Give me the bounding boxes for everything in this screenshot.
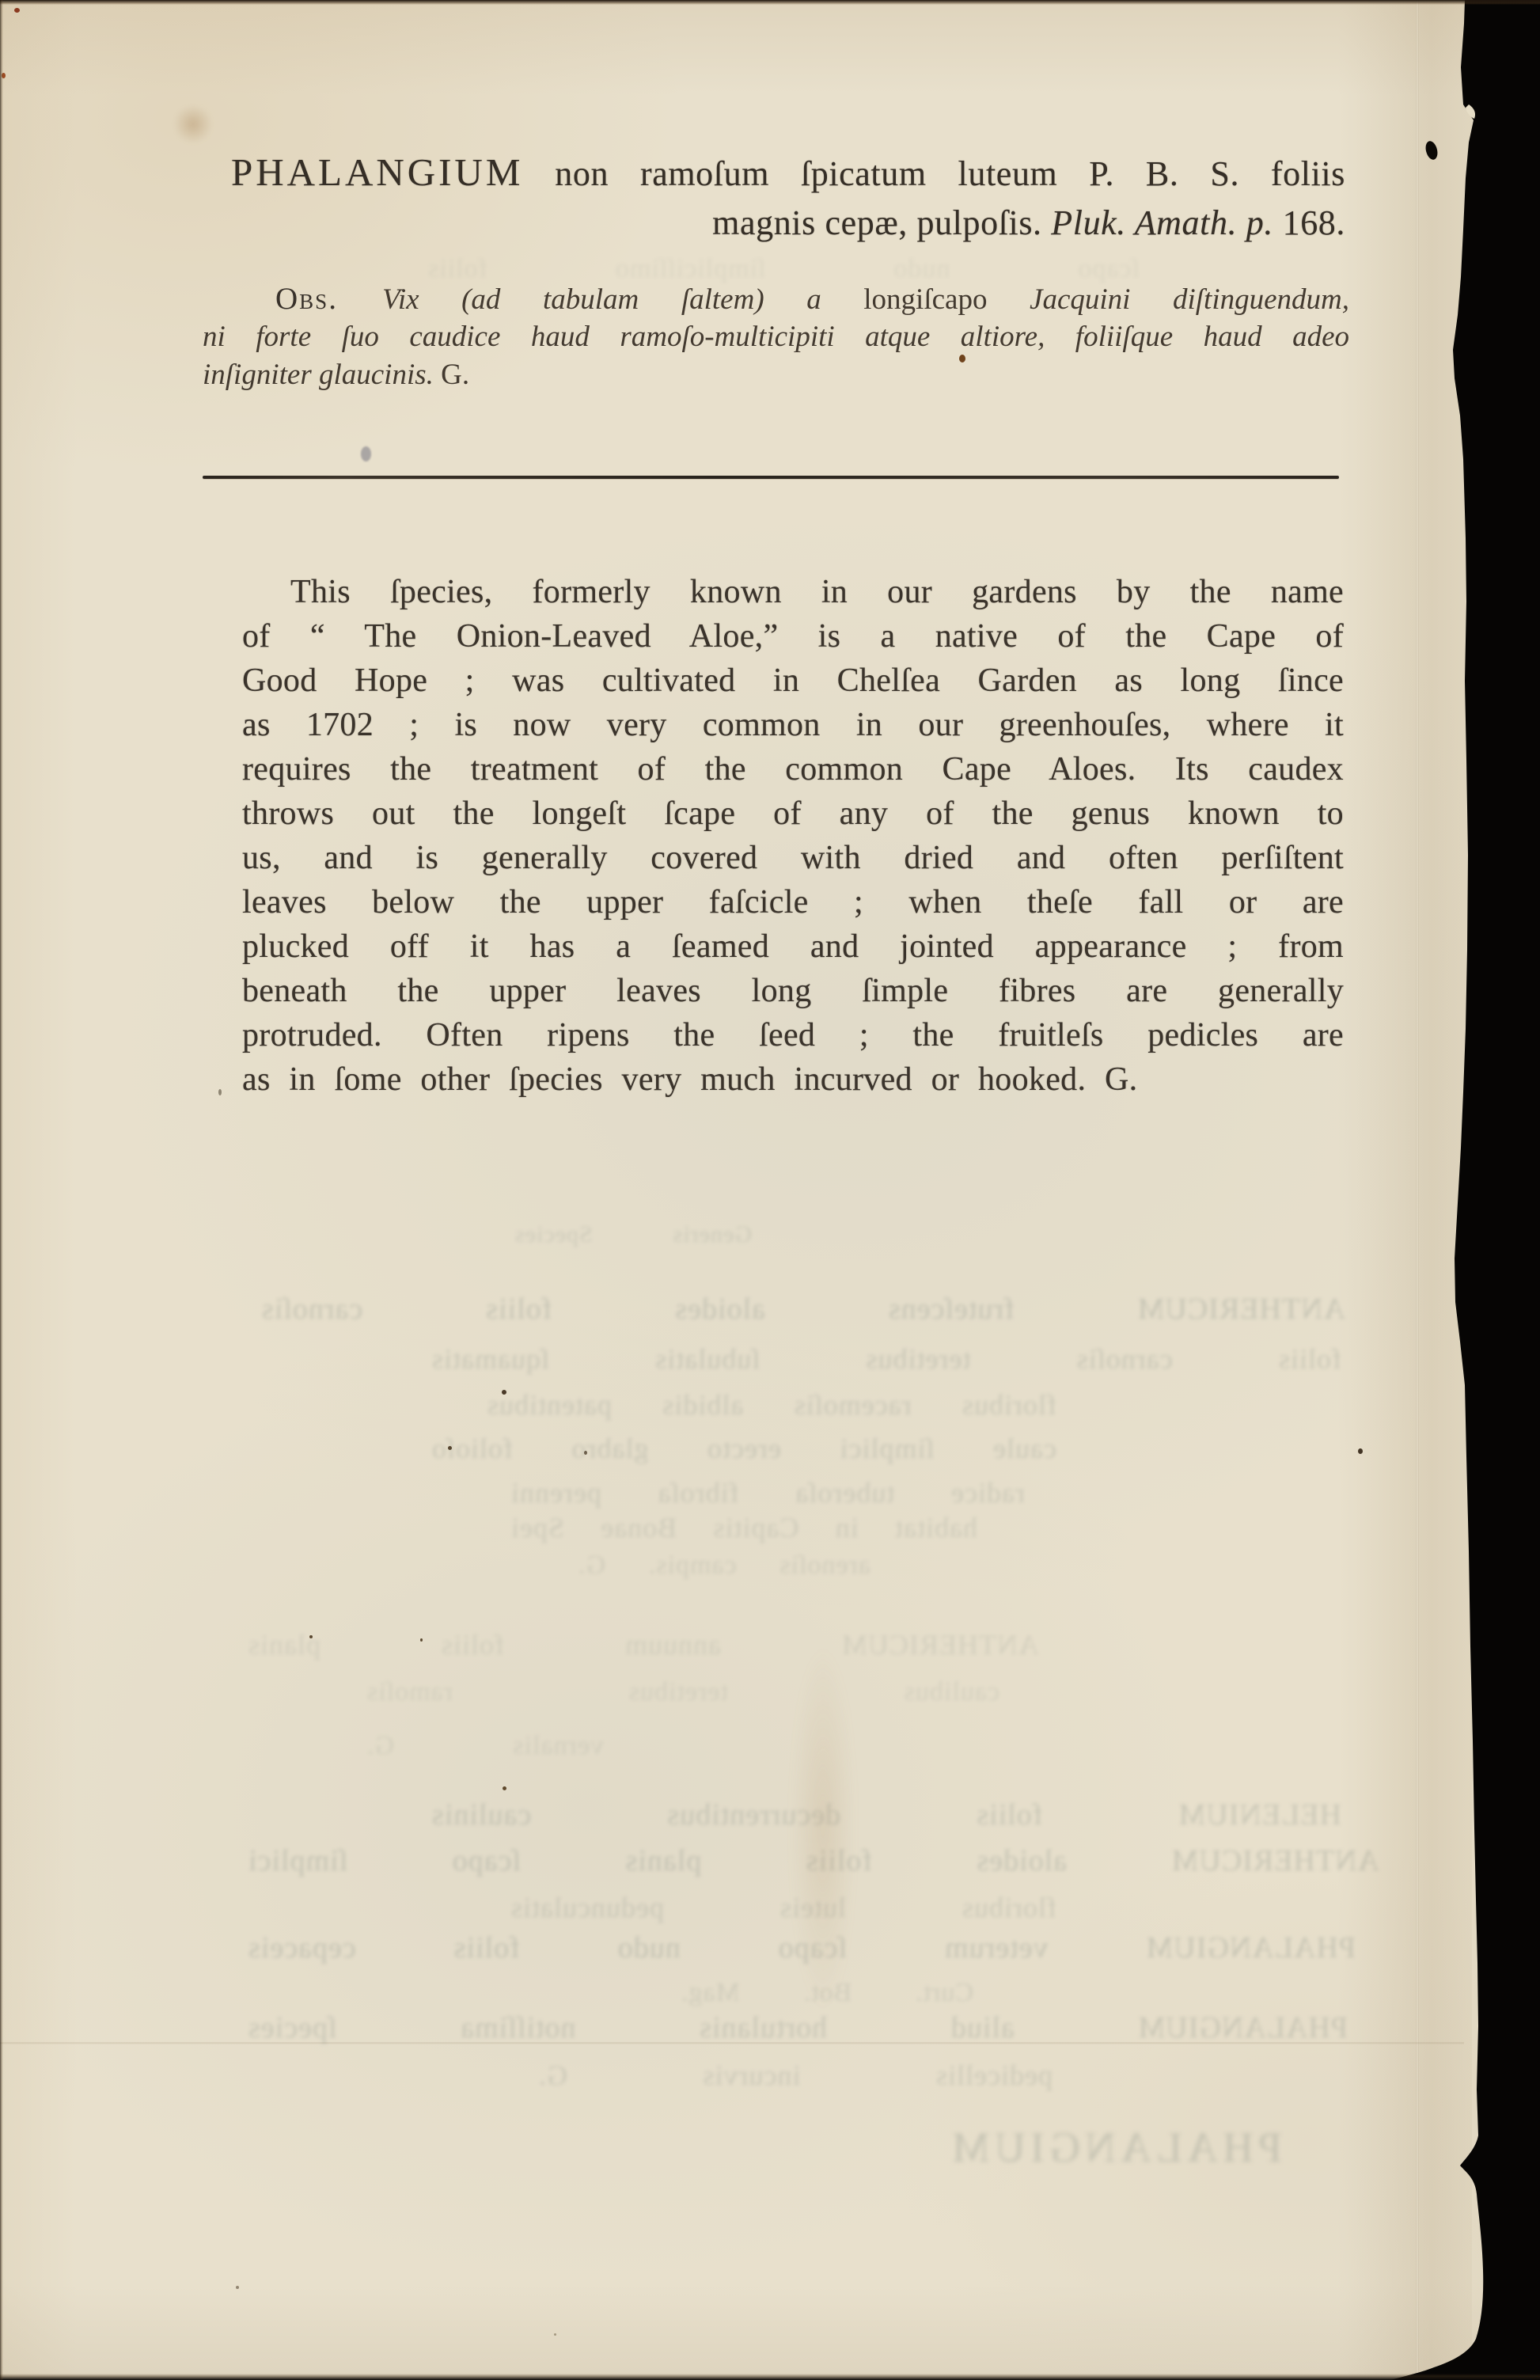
text-segment: G. [441,359,469,391]
scan-edge-bottom [0,2374,1540,2380]
text-segment: ni forte ſuo caudice haud ramoſo-multici… [203,321,1349,353]
paragraph-line: This ſpecies, formerly known in our gard… [242,570,1344,614]
paragraph-line: requires the treatment of the common Cap… [242,747,1344,791]
text-segment: Pluk. Amath. p. [1051,203,1282,242]
scanned-book-page: ſcapo nudo ſimpliciſſimo foliisGeneris S… [0,0,1540,2380]
text-segment: Vix (ad tabulam ſaltem) a [382,283,863,316]
observation-note: Obs. Vix (ad tabulam ſaltem) a longiſcap… [203,280,1349,394]
paragraph-line: plucked off it has a ſeamed and jointed … [242,924,1344,969]
text-segment: inſigniter glaucinis. [203,359,441,391]
species-heading-line1: PHALANGIUM non ramoſum ſpicatum luteum P… [231,152,1345,195]
text-segment: Jacquini diſtinguendum, [1030,283,1349,316]
paragraph-line: protruded. Often ripens the ſeed ; the f… [242,1013,1344,1057]
observation-label: Obs. [275,282,382,316]
paragraph-line: of “ The Onion-Leaved Aloe,” is a native… [242,614,1344,659]
description-paragraph: This ſpecies, formerly known in our gard… [242,570,1344,1102]
text-segment: magnis cepæ, pulpoſis. [712,203,1051,242]
section-divider-rule [203,476,1339,479]
genus-name: PHALANGIUM [231,150,523,194]
species-heading-line2: magnis cepæ, pulpoſis. Pluk. Amath. p. 1… [231,203,1345,244]
text-segment: 168. [1283,203,1345,242]
observation-line: inſigniter glaucinis. G. [203,356,1349,394]
paragraph-line: leaves below the upper faſcicle ; when t… [242,880,1344,924]
paragraph-line: as 1702 ; is now very common in our gree… [242,703,1344,747]
heading-phrase: non ramoſum ſpicatum luteum P. B. S. fol… [555,154,1345,193]
paragraph-line: as in ſome other ſpecies very much incur… [242,1057,1344,1102]
paragraph-line: Good Hope ; was cultivated in Chelſea Ga… [242,659,1344,703]
observation-line: Obs. Vix (ad tabulam ſaltem) a longiſcap… [203,280,1349,318]
scan-edge-left [0,0,3,2380]
paragraph-line: beneath the upper leaves long ſimple fib… [242,969,1344,1013]
paragraph-line: throws out the longeſt ſcape of any of t… [242,791,1344,836]
scan-edge-top [0,0,1540,5]
paragraph-line: us, and is generally covered with dried … [242,836,1344,880]
text-segment: longiſcapo [863,283,1030,316]
observation-line: ni forte ſuo caudice haud ramoſo-multici… [203,318,1349,356]
